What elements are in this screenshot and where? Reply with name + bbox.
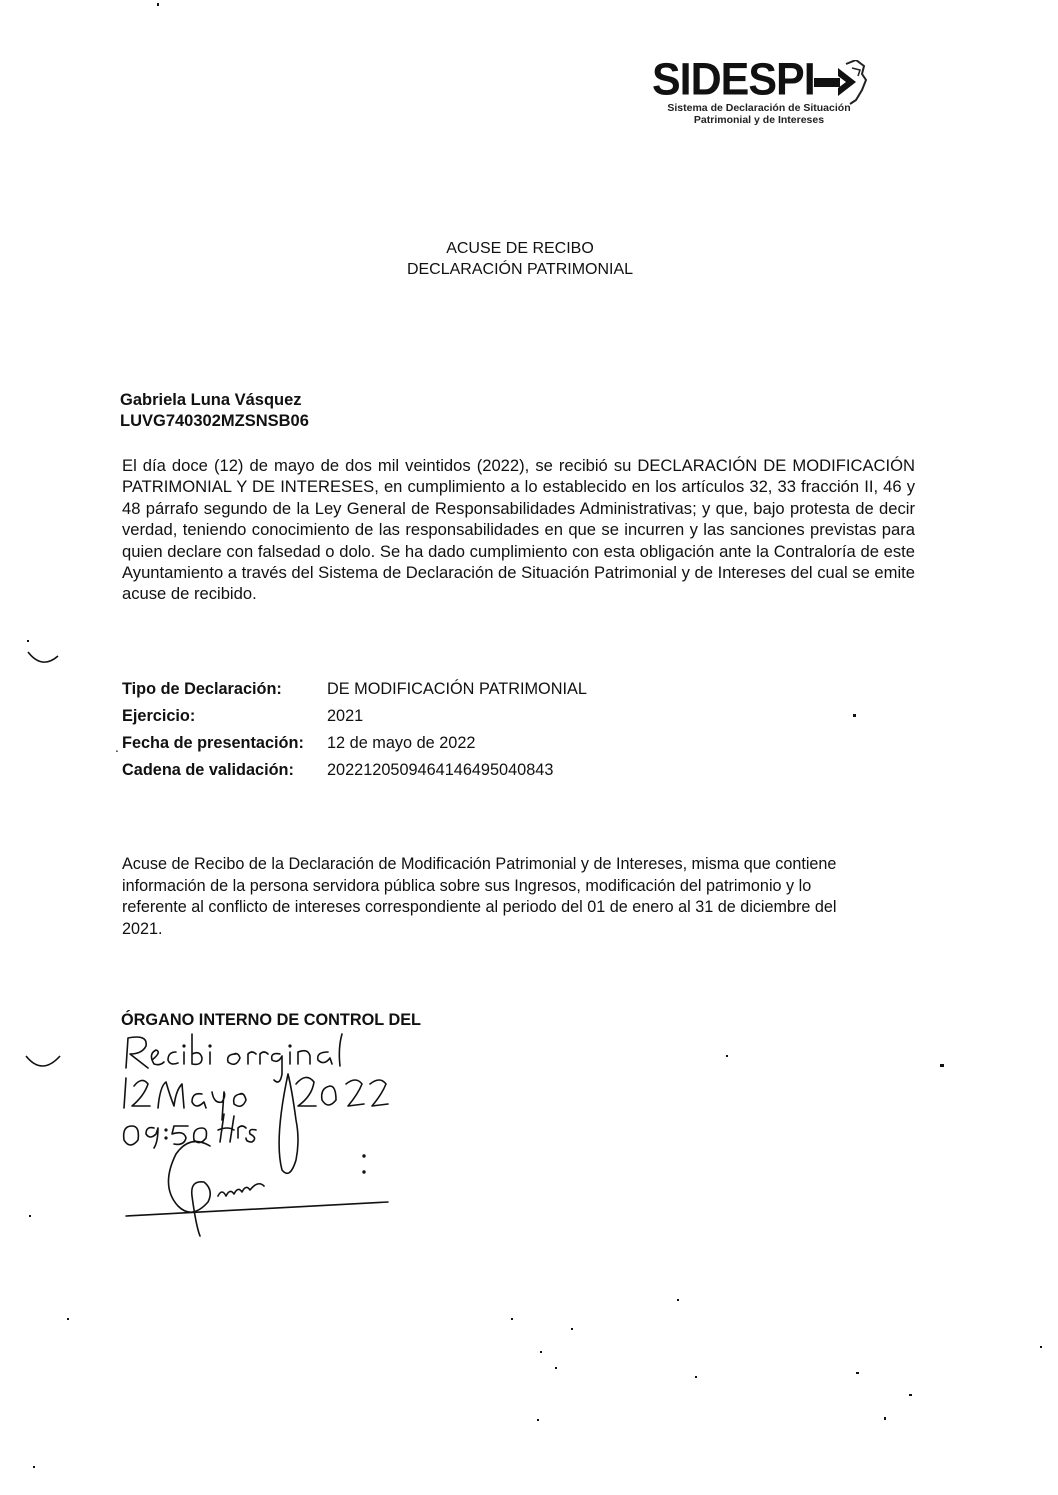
scan-speck: [157, 3, 159, 6]
paragraph-line: 2021.: [122, 919, 917, 941]
logo-subtitle-line2: Patrimonial y de Intereses: [650, 114, 868, 126]
scan-mark: .: [115, 739, 119, 755]
scan-speck: [511, 1318, 513, 1320]
scan-speck: [695, 1376, 697, 1378]
field-value: DE MODIFICACIÓN PATRIMONIAL: [327, 680, 587, 699]
internal-control-heading: ÓRGANO INTERNO DE CONTROL DEL: [121, 1011, 421, 1030]
recipient-name: Gabriela Luna Vásquez: [120, 390, 309, 411]
title-line1: ACUSE DE RECIBO: [0, 238, 1049, 259]
recipient-id-code: LUVG740302MZSNSB06: [120, 411, 309, 432]
declaration-fields: . Tipo de Declaración: DE MODIFICACIÓN P…: [122, 680, 587, 788]
paragraph-line: referente al conflicto de intereses corr…: [122, 897, 917, 919]
paragraph-line: información de la persona servidora públ…: [122, 876, 917, 898]
field-cadena-validacion: Cadena de validación: 202212050946414649…: [122, 761, 587, 788]
title-line2: DECLARACIÓN PATRIMONIAL: [0, 259, 1049, 280]
field-label: Tipo de Declaración:: [122, 680, 327, 699]
field-label: Fecha de presentación:: [122, 734, 327, 753]
scan-speck: [555, 1367, 557, 1369]
scan-speck: [909, 1394, 912, 1396]
field-ejercicio: Ejercicio: 2021: [122, 707, 587, 734]
scan-speck: [853, 714, 856, 717]
acknowledgment-description-paragraph: Acuse de Recibo de la Declaración de Mod…: [122, 854, 917, 940]
scan-speck: [29, 1215, 31, 1217]
scan-speck: [67, 1318, 69, 1320]
logo-wordmark: SIDESPI: [652, 57, 815, 103]
field-value: 2021: [327, 707, 363, 726]
scan-speck: [537, 1419, 539, 1421]
scan-speck: [677, 1299, 679, 1301]
field-value: 2022120509464146495040843: [327, 761, 553, 780]
paragraph-line: Acuse de Recibo de la Declaración de Mod…: [122, 854, 917, 876]
field-label: Ejercicio:: [122, 707, 327, 726]
scan-speck: [856, 1372, 859, 1374]
field-fecha-presentacion: Fecha de presentación: 12 de mayo de 202…: [122, 734, 587, 761]
handwritten-receipt-note: Recibi original 12 Mayo 2022 09:50 Hrs.: [118, 1030, 418, 1250]
field-value: 12 de mayo de 2022: [327, 734, 475, 753]
field-label: Cadena de validación:: [122, 761, 327, 780]
sidespi-logo: SIDESPI Sistema de Declaración de Situac…: [652, 58, 872, 126]
field-tipo-declaracion: Tipo de Declaración: DE MODIFICACIÓN PAT…: [122, 680, 587, 707]
scan-speck: [940, 1064, 944, 1067]
margin-arc-mark: [24, 640, 64, 670]
recipient-block: Gabriela Luna Vásquez LUVG740302MZSNSB06: [120, 390, 309, 432]
margin-arc-mark: [24, 1052, 64, 1076]
scan-speck: [571, 1328, 573, 1330]
scan-speck: [1040, 1346, 1042, 1348]
document-title: ACUSE DE RECIBO DECLARACIÓN PATRIMONIAL: [0, 238, 1058, 280]
receipt-statement-paragraph: El día doce (12) de mayo de dos mil vein…: [122, 455, 915, 605]
scan-speck: [33, 1466, 35, 1468]
scan-speck: [884, 1417, 886, 1420]
scan-speck: [726, 1055, 728, 1057]
scan-speck: [540, 1351, 542, 1353]
arrow-icon: [812, 60, 868, 106]
